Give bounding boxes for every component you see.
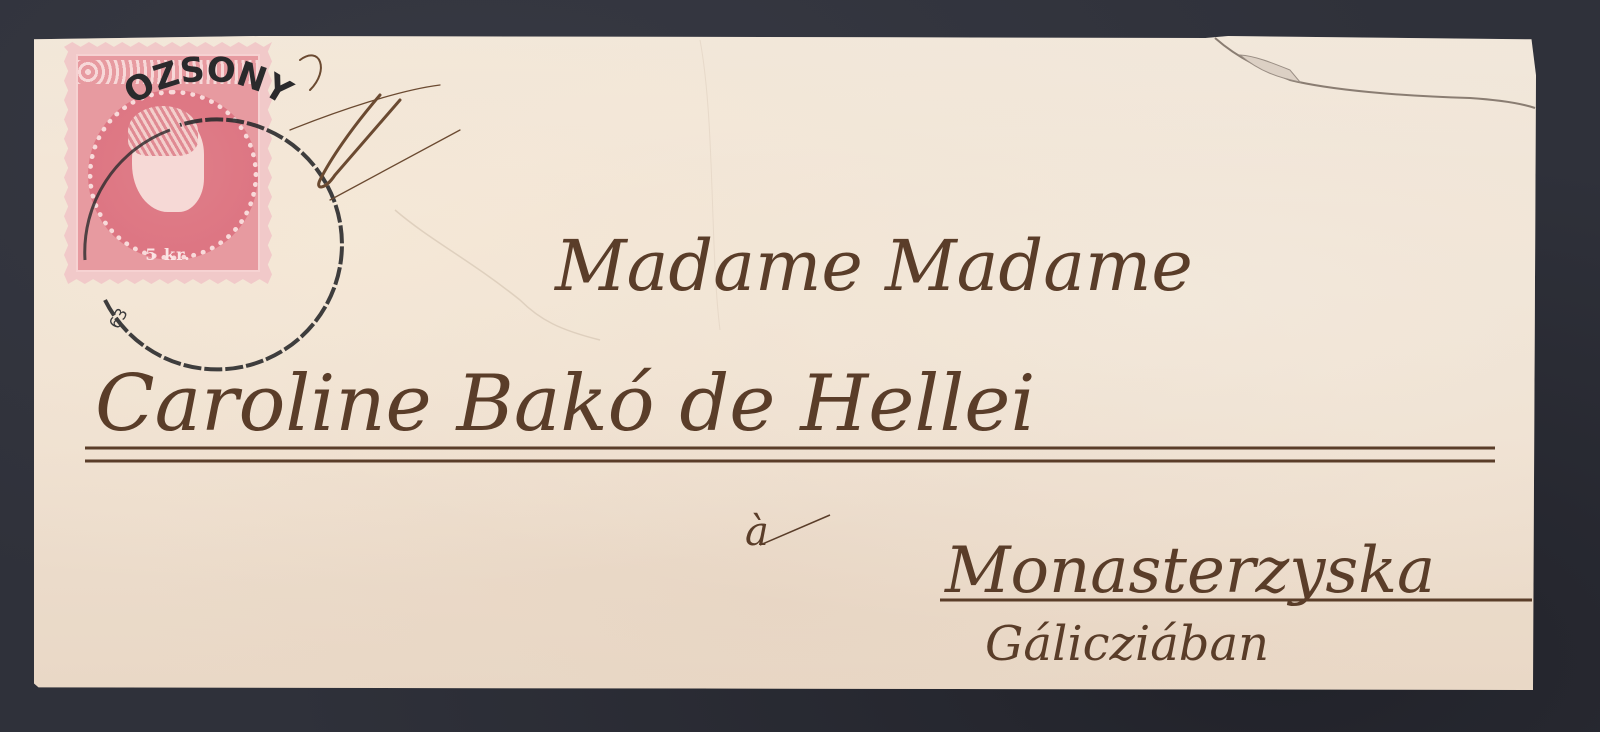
address-line-5: Gálicziában [985,616,1269,672]
flourish [290,55,460,200]
address-line-3: à [745,509,769,555]
postmark-town: OZSONY [117,49,299,113]
address-line-1: Madame Madame [553,225,1193,307]
address-line-2: Caroline Bakó de Hellei [95,359,1035,449]
postmark: OZSONY 63 [85,49,342,369]
address-line-4: Monasterzyska [944,534,1435,608]
handwriting-layer: OZSONY 63 Madame Madame Caroline Bakó de… [0,0,1600,732]
